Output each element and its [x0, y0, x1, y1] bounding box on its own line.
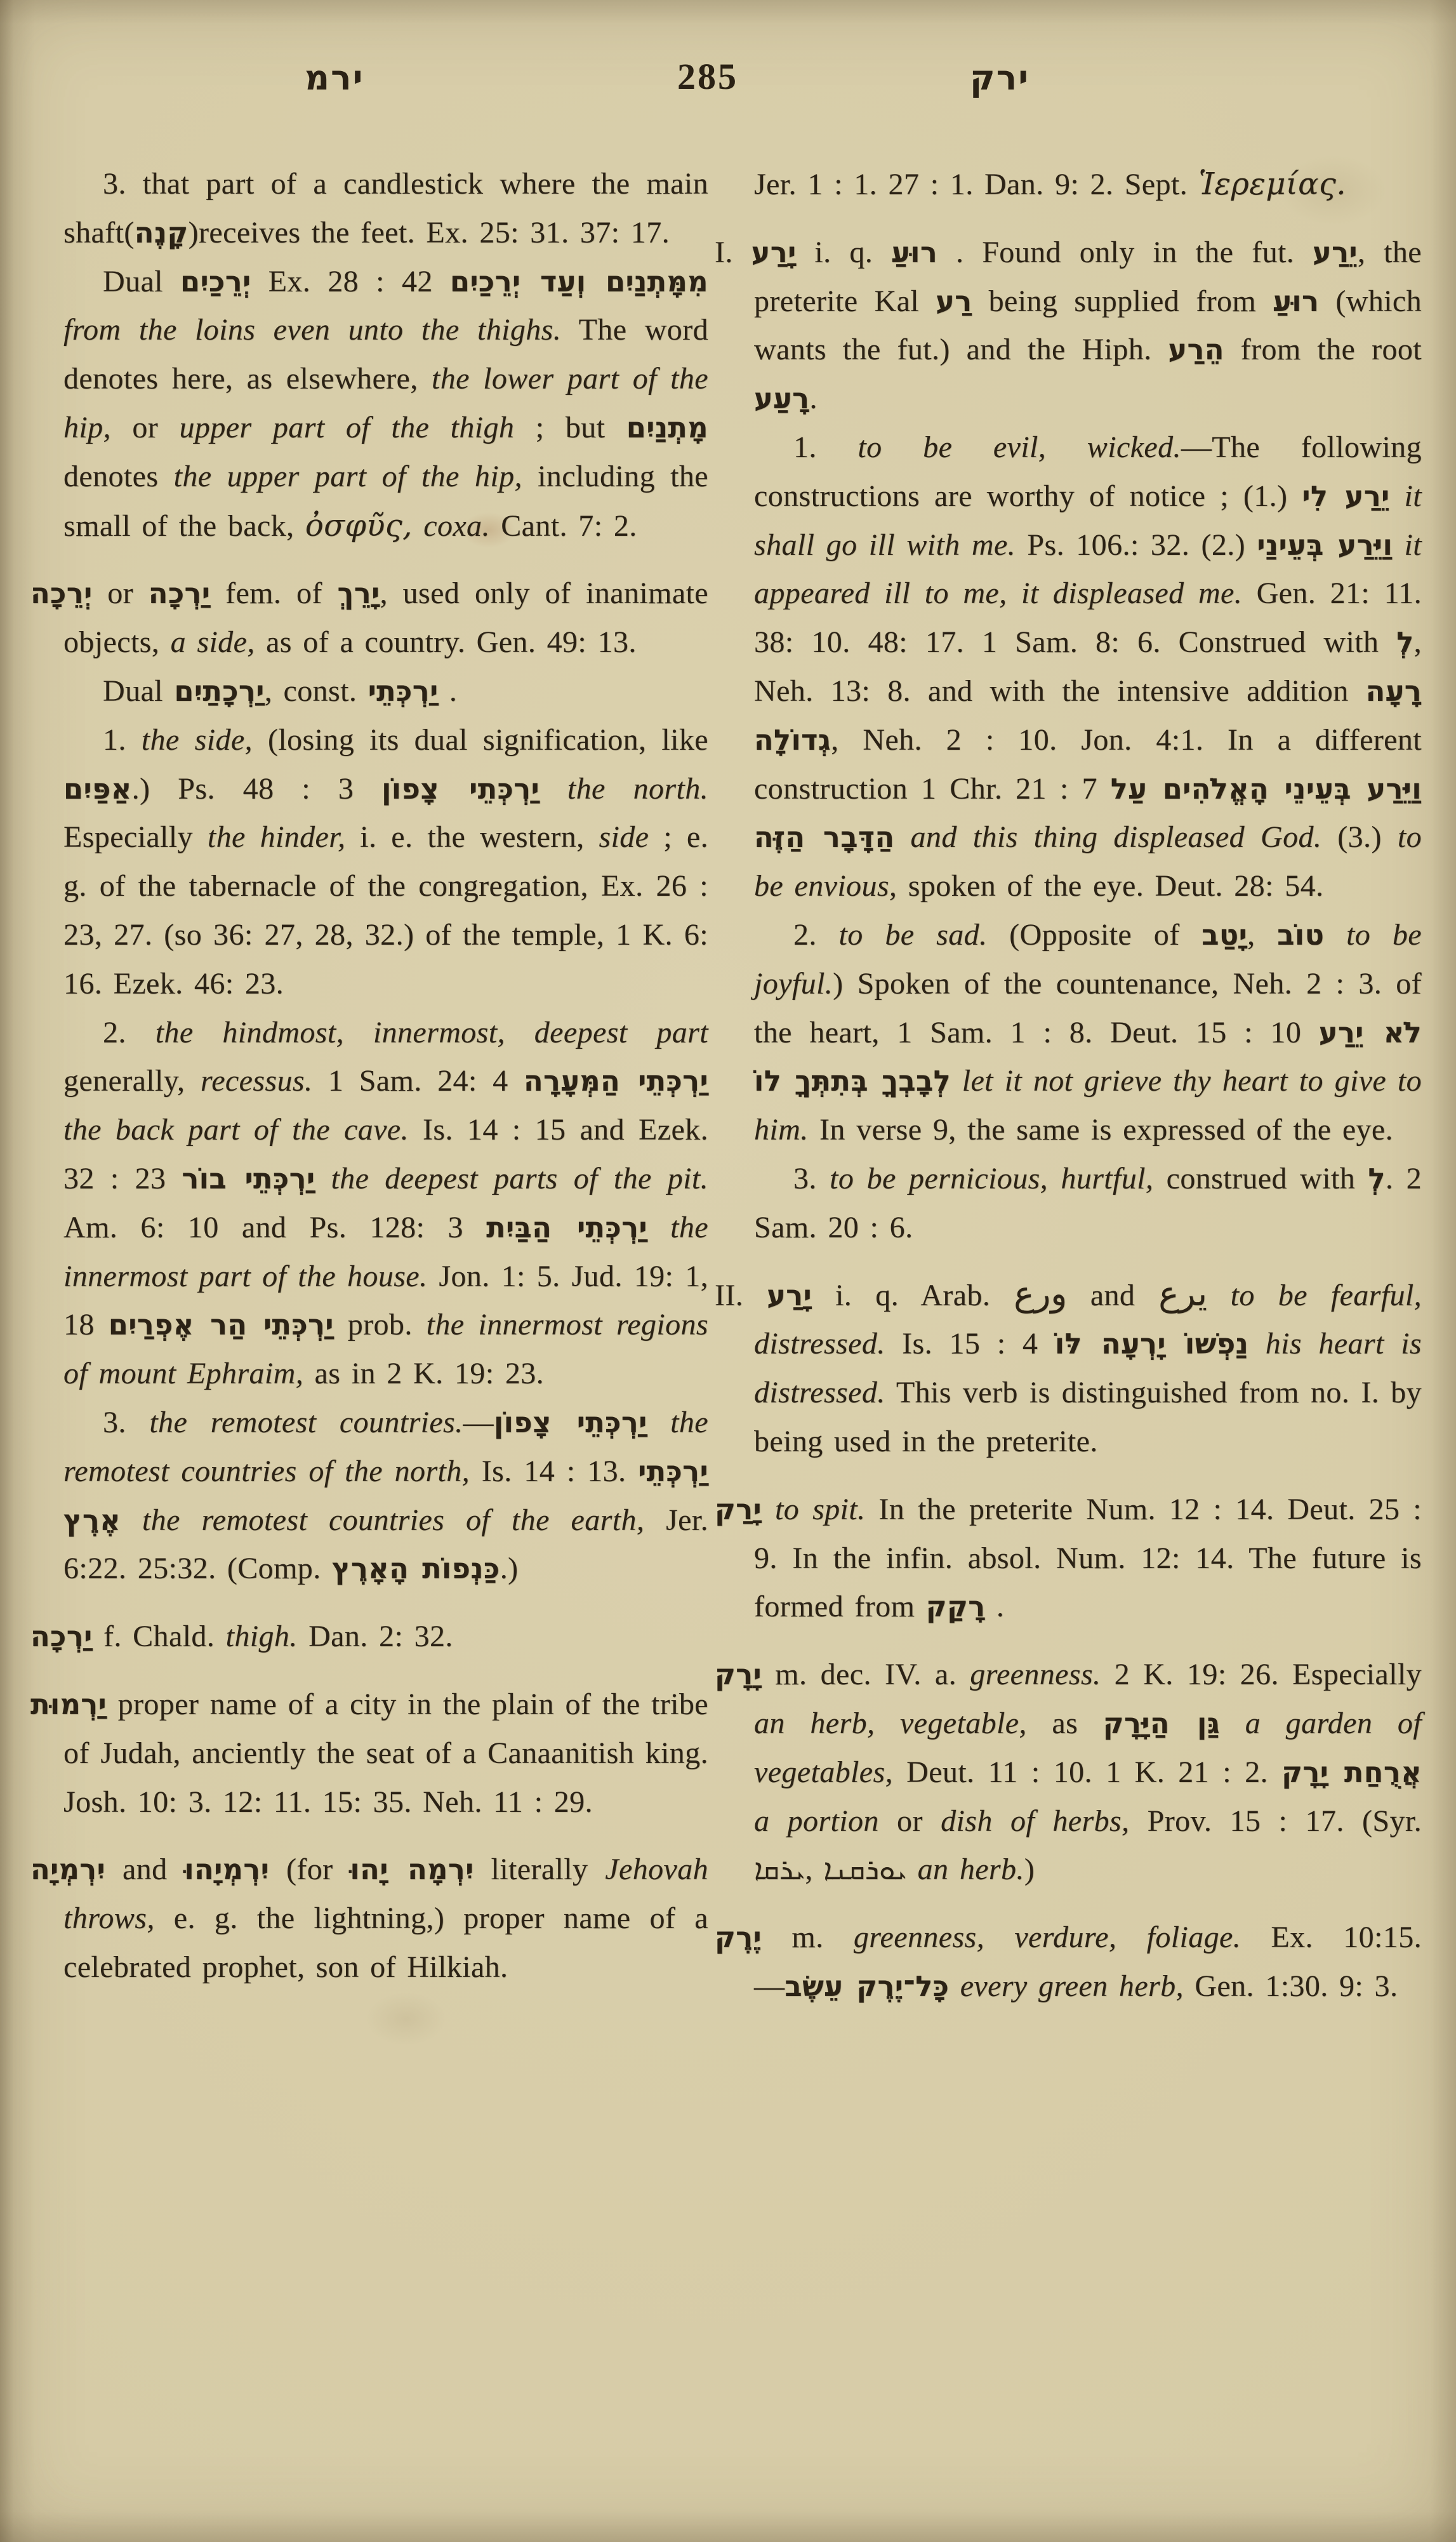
text-run: (losing its dual signification, like — [253, 723, 708, 757]
hebrew-text: יָטַב — [1201, 919, 1247, 952]
hebrew-text: רָקַק — [926, 1590, 986, 1623]
italic-text: and this thing displeased God. — [911, 820, 1322, 854]
text-run: ) — [1024, 1853, 1035, 1886]
text-run: Am. 6: 10 and Ps. 128: 3 — [63, 1211, 486, 1244]
hebrew-text: יַרְכְּתֵי צָפוֹן — [494, 1406, 647, 1439]
hebrew-text: הֵרַע — [1168, 333, 1224, 366]
hebrew-text: יְרֵכַיִם — [180, 265, 251, 298]
text-run: Dan. 2: 32. — [298, 1620, 453, 1653]
text-run: Prov. 15 : 17. (Syr. — [1129, 1804, 1422, 1838]
text-run: Is. 15 : 4 — [885, 1327, 1055, 1361]
text-run: Is. 14 : 13. — [470, 1454, 638, 1488]
column-right: Jer. 1 : 1. 27 : 1. Dan. 9: 2. Sept. Ἱερ… — [754, 160, 1422, 2011]
italic-text: to be sad. — [839, 918, 988, 952]
text-run: (Opposite of — [987, 918, 1201, 952]
text-run: denotes — [63, 460, 174, 493]
text-run: from the root — [1224, 333, 1422, 366]
hebrew-text: יַרְכָה — [30, 1620, 93, 1653]
italic-text: dish of herbs, — [941, 1804, 1129, 1838]
text-run: )receives the feet. Ex. 25: 31. 37: 17. — [189, 216, 670, 250]
italic-text: the remotest countries. — [149, 1406, 463, 1439]
text-run: or — [111, 411, 180, 444]
lexicon-entry-paragraph: יָרַק to spit. In the preterite Num. 12 … — [754, 1486, 1422, 1632]
italic-text: an herb. — [918, 1853, 1024, 1886]
italic-text: the back part of the cave. — [63, 1113, 409, 1147]
text-run: and — [1067, 1279, 1158, 1312]
italic-text: greenness, verdure, foliage. — [854, 1920, 1241, 1954]
text-run — [1393, 528, 1404, 562]
hebrew-text: טוֹב — [1277, 919, 1324, 952]
hebrew-text: יֶרֶק — [715, 1921, 762, 1954]
text-run — [1324, 918, 1346, 952]
paragraph: Dual יַרְכָתַיִם, const. יַרְכְּתֵי . — [63, 667, 708, 716]
italic-text: a side, — [171, 625, 255, 659]
paragraph: 2. to be sad. (Opposite of יָטַב, טוֹב t… — [754, 911, 1422, 1155]
hebrew-text: רוּעַ — [1273, 285, 1319, 318]
italic-text: coxa. — [423, 509, 490, 543]
text-run: 2. — [793, 918, 839, 952]
hebrew-text: כָּל־יֶרֶק עֵשֶׂב — [784, 1970, 949, 2003]
italic-text: thigh. — [226, 1620, 298, 1653]
lexicon-entry-paragraph: יַרְכָה f. Chald. thigh. Dan. 2: 32. — [63, 1613, 708, 1661]
text-run: prob. — [334, 1308, 427, 1341]
text-run: or — [879, 1804, 941, 1838]
italic-text: to be evil, wicked. — [857, 430, 1181, 464]
hebrew-text: יַרְכְּתֵי — [368, 675, 439, 708]
text-run: .) Ps. 48 : 3 — [132, 772, 381, 806]
text-run: 1. — [793, 430, 857, 464]
text-run: , — [1247, 918, 1277, 952]
text-run: construed with — [1153, 1162, 1368, 1195]
text-run — [315, 1162, 331, 1195]
paragraph: 1. the side, (losing its dual significat… — [63, 716, 708, 1009]
hebrew-text: יַרְמוּת — [30, 1688, 107, 1721]
hebrew-text: יַרְכְּתֵי הַמְּעָרָה — [524, 1065, 708, 1098]
text-run: (for — [269, 1853, 350, 1886]
hebrew-text: יָרַע — [751, 236, 797, 269]
text-run: literally — [474, 1853, 606, 1886]
italic-text: to be pernicious, hurtful, — [830, 1162, 1153, 1195]
text-run — [121, 1503, 142, 1537]
italic-text: the deepest parts of the pit. — [331, 1162, 708, 1195]
hebrew-text: מִמָּתְנַיִם וְעַד יְרֵכַיִם — [450, 265, 708, 298]
text-run: generally, — [63, 1064, 201, 1098]
paragraph: 3. that part of a candlestick where the … — [63, 160, 708, 258]
text-run — [762, 1493, 775, 1526]
lexicon-entry-paragraph: יְרֵכָה or יַרְכָה fem. of יָרֵךְ, used … — [63, 569, 708, 667]
hebrew-text: רָעַע — [754, 382, 809, 415]
text-run: , const. — [265, 674, 368, 708]
hebrew-text: יַרְכְּתֵי בוֹר — [182, 1162, 315, 1195]
text-run: II. — [715, 1279, 767, 1312]
paragraph: 3. to be pernicious, hurtful, construed … — [754, 1155, 1422, 1253]
hebrew-text: יִרְמְיָה — [30, 1853, 105, 1886]
paragraph: 3. the remotest countries.—יַרְכְּתֵי צָ… — [63, 1399, 708, 1594]
arabic-text: ورع — [1014, 1274, 1067, 1314]
lexicon-entry-paragraph: I. יָרַע i. q. רוּעַ . Found only in the… — [754, 229, 1422, 423]
text-run: Ex. 28 : 42 — [251, 265, 450, 298]
text-run: . — [439, 674, 458, 708]
text-run: Ps. 106.: 32. (2.) — [1016, 528, 1257, 562]
text-run — [1390, 479, 1405, 513]
text-run: f. Chald. — [93, 1620, 226, 1653]
text-run: Dual — [103, 265, 180, 298]
hebrew-text: כַּנְפוֹת הָאָרֶץ — [332, 1552, 500, 1585]
italic-text: from the loins even unto the thighs. — [63, 313, 561, 347]
text-run: proper name of a city in the plain of th… — [63, 1687, 708, 1819]
hebrew-text: יָרַק — [715, 1493, 762, 1526]
text-run: e. g. the lightning,) proper name of a c… — [63, 1901, 708, 1984]
page-body: 3. that part of a candlestick where the … — [0, 0, 1456, 2542]
italic-text: the hinder, — [208, 820, 346, 854]
hebrew-text: יָרֵךְ — [338, 577, 380, 610]
paragraph: 2. the hindmost, innermost, deepest part… — [63, 1009, 708, 1399]
hebrew-text: יַרְכָתַיִם — [174, 675, 264, 708]
hebrew-text: יָרָק — [715, 1658, 762, 1691]
lexicon-entry-paragraph: II. יָרַע i. q. Arab. ورع and يرع to be … — [754, 1272, 1422, 1467]
text-run: , — [805, 1853, 823, 1886]
paragraph: Jer. 1 : 1. 27 : 1. Dan. 9: 2. Sept. Ἱερ… — [754, 160, 1422, 210]
italic-text: every green herb, — [960, 1969, 1184, 2003]
page: ירמ 285 ירק 3. that part of a candlestic… — [0, 0, 1456, 2542]
arabic-text: يرع — [1158, 1274, 1207, 1314]
paragraph: Dual יְרֵכַיִם Ex. 28 : 42 מִמָּתְנַיִם … — [63, 258, 708, 551]
text-run: 3. — [103, 1406, 149, 1439]
syriac-text: ܝܘܪܩܢܐ — [823, 1853, 906, 1886]
text-run: as in 2 K. 19: 23. — [303, 1357, 544, 1390]
text-run: Especially — [63, 820, 208, 854]
text-run — [949, 1969, 960, 2003]
italic-text: to spit. — [775, 1493, 865, 1526]
text-run — [647, 1211, 670, 1244]
text-run: . — [986, 1590, 1005, 1623]
greek-text: Ἱερεμίας. — [1198, 166, 1346, 202]
text-run: m. — [762, 1920, 854, 1954]
italic-text: the side, — [142, 723, 253, 757]
text-run — [907, 1853, 918, 1886]
text-run: as of a country. Gen. 49: 13. — [255, 625, 637, 659]
hebrew-text: יַרְכָה — [149, 577, 211, 610]
text-run: 2 K. 19: 26. Especially — [1101, 1658, 1422, 1691]
text-run: — — [463, 1406, 494, 1439]
hebrew-text: קָנֶה — [135, 216, 189, 250]
text-run: fem. of — [210, 576, 337, 610]
text-run — [895, 820, 911, 854]
hebrew-text: לְ — [1368, 1162, 1385, 1195]
italic-text: recessus. — [201, 1064, 312, 1098]
text-run — [1220, 1707, 1245, 1740]
text-run: spoken of the eye. Deut. 28: 54. — [897, 869, 1323, 903]
text-run: I. — [715, 236, 751, 269]
hebrew-text: יַרְכְּתֵי הַר אֶפְרַיִם — [109, 1308, 334, 1341]
italic-text: side — [599, 820, 649, 854]
italic-text: upper part of the thigh — [180, 411, 515, 444]
italic-text: the hindmost, innermost, deepest part — [156, 1016, 708, 1049]
text-run: 1. — [103, 723, 142, 757]
hebrew-text: יֵרַע — [1313, 236, 1358, 269]
italic-text: a portion — [754, 1804, 879, 1838]
lexicon-entry-paragraph: יֶרֶק m. greenness, verdure, foliage. Ex… — [754, 1913, 1422, 2011]
lexicon-entry-paragraph: יַרְמוּת proper name of a city in the pl… — [63, 1680, 708, 1827]
syriac-text: ܝܪܩܐ — [754, 1853, 805, 1886]
text-run: 3. — [793, 1162, 830, 1195]
hebrew-text: יְרֵכָה — [30, 577, 93, 610]
hebrew-text: יַרְכְּתֵי הַבַּיִת — [486, 1211, 647, 1244]
hebrew-text: וַיֵּרַע בְּעֵינַי — [1257, 529, 1393, 562]
lexicon-entry-paragraph: יָרָק m. dec. IV. a. greenness. 2 K. 19:… — [754, 1651, 1422, 1894]
italic-text: the north. — [567, 772, 708, 806]
text-run — [951, 1064, 962, 1098]
text-run: In verse 9, the same is expressed of the… — [809, 1113, 1393, 1147]
text-run: ; but — [514, 411, 626, 444]
hebrew-text: יִרְמָה יָהוּ — [350, 1853, 473, 1886]
text-run: i. q. Arab. — [812, 1279, 1014, 1312]
paragraph: 1. to be evil, wicked.—The following con… — [754, 423, 1422, 911]
text-run: i. e. the western, — [345, 820, 599, 854]
text-run: .) — [500, 1552, 519, 1585]
text-run: being supplied from — [972, 284, 1273, 318]
text-run: 1 Sam. 24: 4 — [312, 1064, 524, 1098]
hebrew-text: יַרְכְּתֵי צָפוֹן — [381, 773, 539, 806]
italic-text: an herb, vegetable, — [754, 1707, 1027, 1740]
italic-text: the upper part of the hip, — [174, 460, 522, 493]
text-run: . Found only in the fut. — [937, 236, 1313, 269]
text-run: as — [1027, 1707, 1103, 1740]
text-run — [1207, 1279, 1231, 1312]
text-run: 2. — [103, 1016, 156, 1049]
text-run: . — [809, 382, 817, 415]
text-run: i. q. — [797, 236, 891, 269]
column-left: 3. that part of a candlestick where the … — [63, 160, 708, 1992]
text-run: and — [105, 1853, 184, 1886]
text-run: Jer. 1 : 1. 27 : 1. Dan. 9: 2. Sept. — [754, 168, 1198, 201]
hebrew-text: רַע — [936, 285, 972, 318]
hebrew-text: רוּעַ — [891, 236, 937, 269]
text-run: m. dec. IV. a. — [762, 1658, 970, 1691]
text-run: Dual — [103, 674, 174, 708]
greek-text: ὀσφῦς, — [305, 508, 413, 543]
italic-text: greenness. — [970, 1658, 1101, 1691]
text-run: Cant. 7: 2. — [490, 509, 637, 543]
text-run: (3.) — [1321, 820, 1398, 854]
hebrew-text: אֲרֻחַת יָרָק — [1281, 1756, 1422, 1789]
text-run — [647, 1406, 671, 1439]
text-run — [1248, 1327, 1265, 1361]
hebrew-text: מָתְנַיִם — [626, 411, 708, 444]
text-run: Gen. 1:30. 9: 3. — [1184, 1969, 1398, 2003]
lexicon-entry-paragraph: יִרְמְיָה and יִרְמְיָהוּ (for יִרְמָה י… — [63, 1846, 708, 1992]
text-run — [413, 509, 423, 543]
italic-text: the remotest countries of the earth, — [142, 1503, 644, 1537]
text-run — [539, 772, 567, 806]
text-run: or — [93, 576, 149, 610]
hebrew-text: גַּן הַיָּרָק — [1103, 1707, 1220, 1740]
hebrew-text: לְ — [1396, 626, 1413, 659]
hebrew-text: נַפְשׁוֹ יָרְעָה לּוֹ — [1055, 1328, 1248, 1361]
hebrew-text: יֵרַע לִי — [1302, 480, 1389, 513]
hebrew-text: אַפַּיִם — [63, 773, 132, 806]
hebrew-text: יָרַע — [767, 1279, 812, 1312]
text-run: Deut. 11 : 10. 1 K. 21 : 2. — [893, 1755, 1281, 1789]
hebrew-text: יִרְמְיָהוּ — [184, 1853, 269, 1886]
